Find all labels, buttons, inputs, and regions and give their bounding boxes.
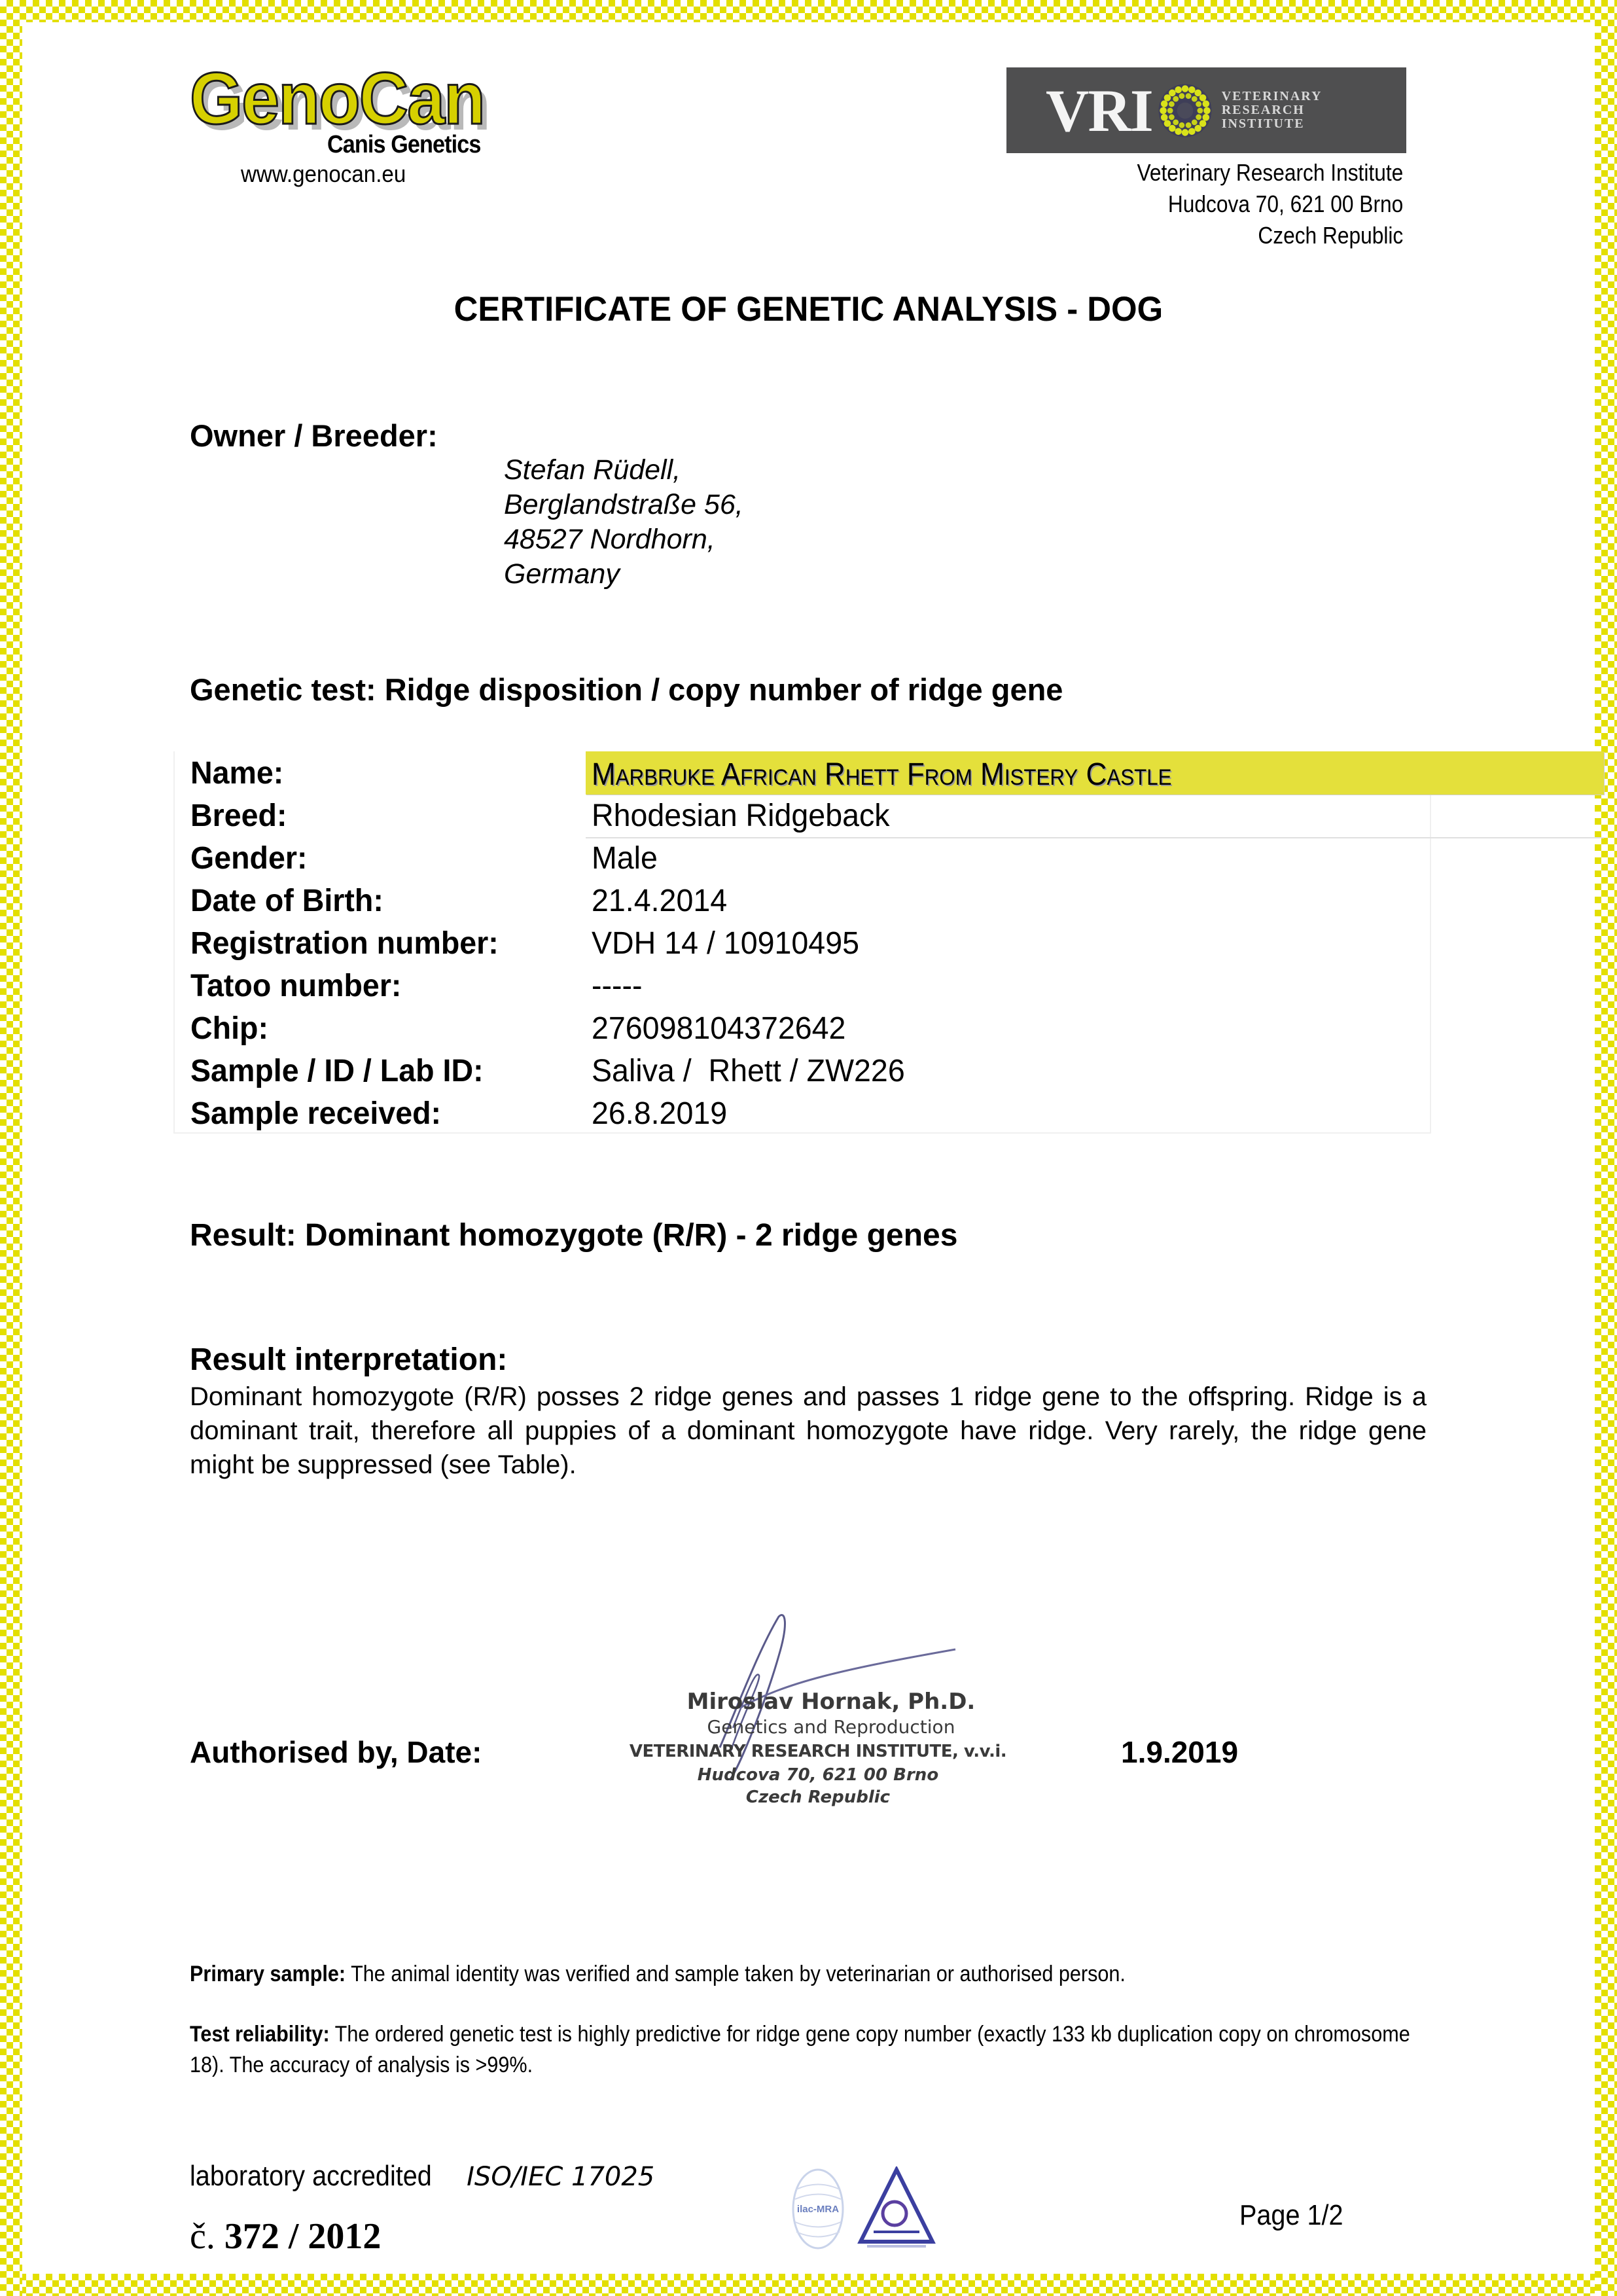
page-title: CERTIFICATE OF GENETIC ANALYSIS - DOG <box>0 289 1617 329</box>
vri-logo: VRI VETERINARY RESEARCH INSTITUTE <box>1006 67 1406 153</box>
dog-date-of-birth: 21.4.2014 <box>592 883 727 919</box>
sunflower-emblem-icon <box>1156 82 1214 139</box>
signatory-department: Genetics and Reproduction <box>615 1716 1047 1738</box>
interpretation-body: Dominant homozygote (R/R) posses 2 ridge… <box>190 1380 1427 1482</box>
dog-name: Marbruke African Rhett From Mistery Cast… <box>592 757 1172 793</box>
genetic-test-label: Genetic test: Ridge disposition / copy n… <box>190 672 1063 708</box>
detail-row-chip: Chip: 276098104372642 <box>175 1007 1431 1049</box>
owner-address: Stefan Rüdell, Berglandstraße 56, 48527 … <box>504 453 743 592</box>
dog-sample-received: 26.8.2019 <box>592 1096 727 1132</box>
dog-tattoo-number: ----- <box>592 968 643 1004</box>
test-result: Result: Dominant homozygote (R/R) - 2 ri… <box>190 1217 957 1253</box>
detail-row-received: Sample received: 26.8.2019 <box>175 1092 1431 1134</box>
detail-row-gender: Gender: Male <box>175 836 1431 879</box>
signatory-institute: VETERINARY RESEARCH INSTITUTE, v.v.i. <box>589 1742 1047 1761</box>
detail-row-tattoo: Tatoo number: ----- <box>175 964 1431 1007</box>
page-border-left <box>0 0 22 2296</box>
signatory-name: Miroslav Hornak, Ph.D. <box>615 1689 1047 1715</box>
authorised-date: 1.9.2019 <box>1121 1734 1238 1770</box>
dog-chip: 276098104372642 <box>592 1011 845 1047</box>
detail-row-sample: Sample / ID / Lab ID: Saliva / Rhett / Z… <box>175 1049 1431 1092</box>
primary-sample-note: Primary sample: The animal identity was … <box>190 1959 1446 1990</box>
svg-text:ilac-MRA: ilac-MRA <box>797 2204 839 2215</box>
detail-row-registration: Registration number: VDH 14 / 10910495 <box>175 922 1431 964</box>
interpretation-title: Result interpretation: <box>190 1342 507 1378</box>
authorised-label: Authorised by, Date: <box>190 1734 482 1770</box>
vri-address: Veterinary Research Institute Hudcova 70… <box>1101 157 1403 251</box>
genocan-logo: GenoCan Canis Genetics www.genocan.eu <box>190 62 504 135</box>
owner-label: Owner / Breeder: <box>190 418 438 454</box>
accreditation-number: č. 372 / 2012 <box>190 2215 381 2257</box>
page-border-top <box>0 0 1617 22</box>
vri-full-name: VETERINARY RESEARCH INSTITUTE <box>1222 90 1323 131</box>
detail-row-name: Name: Marbruke African Rhett From Mister… <box>175 751 1431 794</box>
dog-sample-id: Saliva / Rhett / ZW226 <box>592 1053 905 1089</box>
genocan-website-link[interactable]: www.genocan.eu <box>241 160 406 188</box>
dog-breed: Rhodesian Ridgeback <box>592 798 890 834</box>
detail-row-dob: Date of Birth: 21.4.2014 <box>175 879 1431 922</box>
dog-details-table: Name: Marbruke African Rhett From Mister… <box>173 751 1431 1134</box>
signature-stamp: Miroslav Hornak, Ph.D. Genetics and Repr… <box>589 1597 1047 1846</box>
page-border-right <box>1595 0 1617 2296</box>
dog-gender: Male <box>592 840 658 876</box>
page-border-bottom <box>0 2274 1617 2296</box>
page-number: Page 1/2 <box>1239 2199 1343 2232</box>
genocan-tagline: Canis Genetics <box>327 131 481 159</box>
vri-abbr: VRI <box>1046 76 1152 145</box>
signatory-address: Hudcova 70, 621 00 Brno <box>589 1765 1047 1785</box>
ilac-mra-logo-icon: ilac-MRA <box>789 2166 847 2251</box>
test-reliability-note: Test reliability: The ordered genetic te… <box>190 2019 1446 2081</box>
signatory-country: Czech Republic <box>589 1787 1047 1807</box>
cai-accreditation-logo-icon <box>854 2166 939 2251</box>
accreditation-text: laboratory accredited ISO/IEC 17025 <box>190 2160 654 2193</box>
detail-row-breed: Breed: Rhodesian Ridgeback <box>175 794 1431 836</box>
dog-registration-number: VDH 14 / 10910495 <box>592 925 859 961</box>
genocan-brand: GenoCan <box>190 62 482 135</box>
